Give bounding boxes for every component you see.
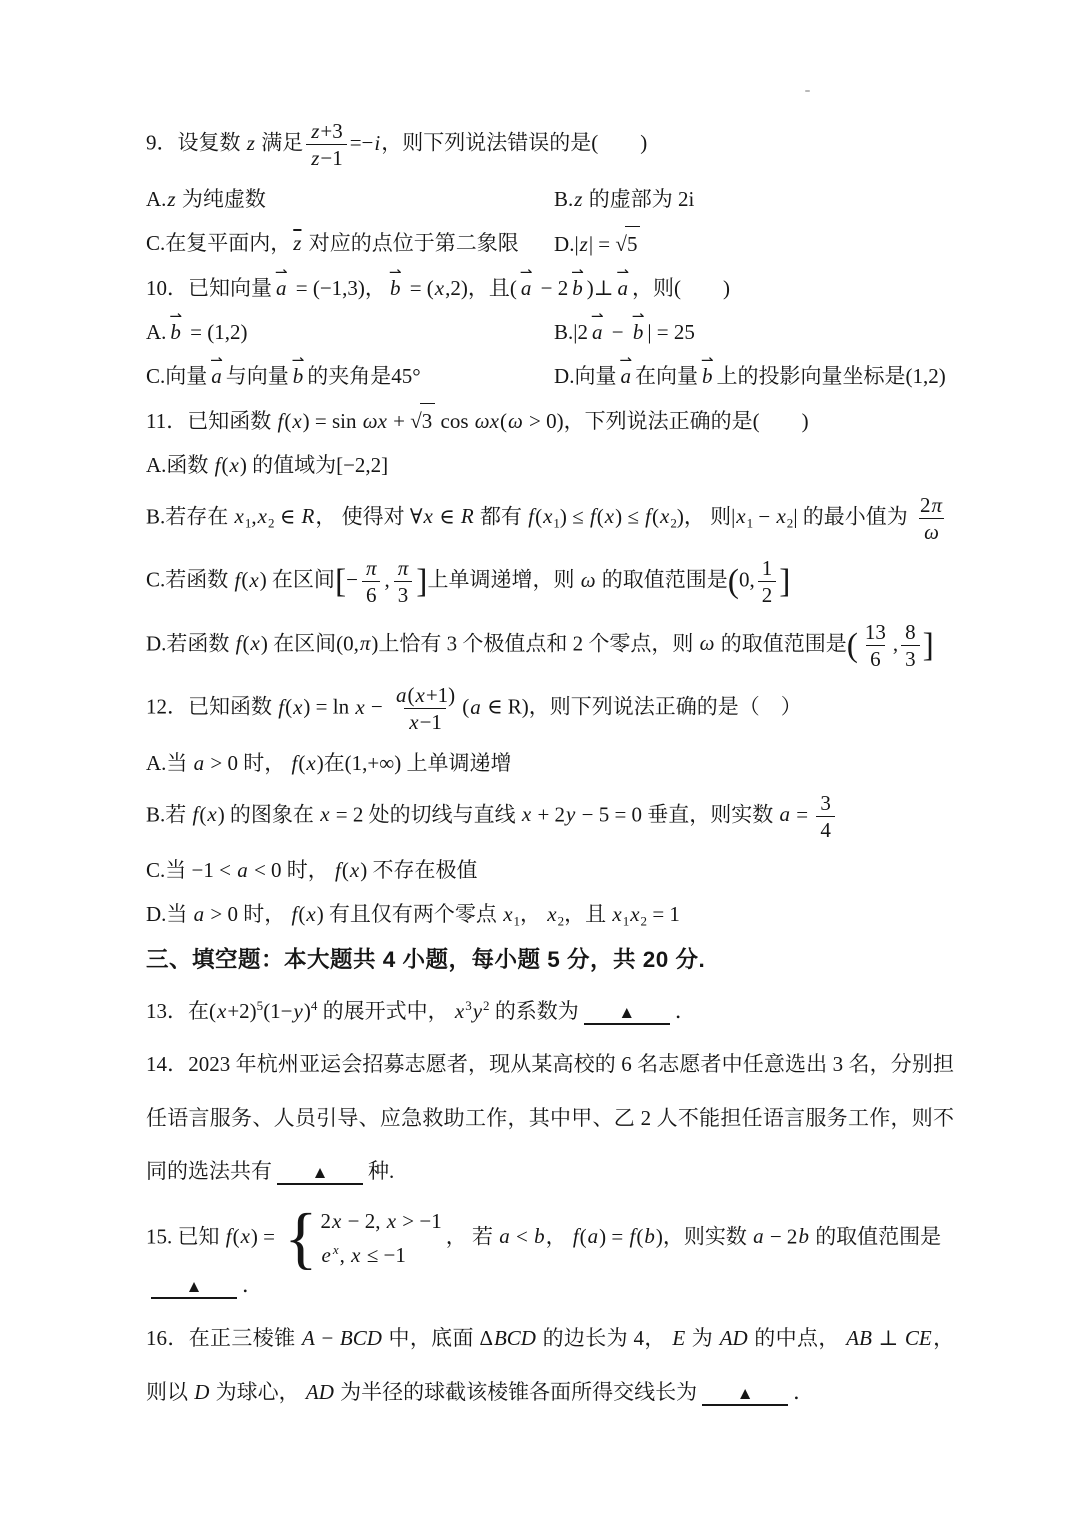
q11-option-c: C.若函数 f(x) 在区间[−π6,π3]上单调递增，则 ω 的取值范围是(0… (146, 555, 954, 609)
radicand: 3 (420, 403, 436, 438)
text-run: − (316, 1326, 339, 1350)
subscripted-term: x1 (735, 504, 753, 528)
text-run: 0, (739, 568, 755, 592)
vector: ⇀a (591, 315, 604, 349)
math-variable: x (234, 504, 245, 528)
text-run: , (385, 568, 390, 592)
math-variable: f (225, 1224, 233, 1248)
q9-options-cd-right: D.|z| = √5 (554, 226, 954, 261)
math-variable: π (359, 631, 372, 655)
math-variable: AB (845, 1326, 873, 1350)
math-variable: ωx (362, 409, 388, 433)
q14: 14．2023 年杭州亚运会招募志愿者，现从某高校的 6 名志愿者中任意选出 3… (146, 1038, 954, 1199)
math-variable: z (579, 232, 589, 256)
stretchy-delimiter: ( (847, 627, 858, 664)
text-run: 3 (422, 409, 433, 433)
stretchy-delimiter: ] (416, 563, 427, 600)
fraction-numerator: 13 (861, 619, 890, 645)
text-run: = 1 (647, 902, 680, 926)
text-run: > 0 时， (205, 751, 290, 775)
text-run: , (893, 631, 898, 655)
text-run: > 0 时， (205, 902, 290, 926)
superscript: 3 (465, 998, 472, 1013)
text-run: +1) (426, 683, 455, 707)
fraction-numerator: z+3 (306, 118, 347, 144)
vector: ⇀a (619, 359, 632, 393)
text-run: C.若函数 (146, 568, 234, 592)
text-run: D.当 (146, 902, 193, 926)
scan-artifact-dot (805, 90, 810, 92)
text-run: ( (243, 631, 250, 655)
text-run: 的夹角是45° (307, 364, 420, 388)
text-run: − 2, (342, 1209, 385, 1233)
vector-arrow-icon: ⇀ (520, 260, 533, 285)
text-run: ( (342, 858, 349, 882)
fraction: 136 (861, 619, 890, 673)
text-run: 的取值范围是 (810, 1224, 941, 1248)
q13: 13．在(x+2)5(1−y)4 的展开式中， x3y2 的系数为▲． (146, 994, 954, 1028)
subscripted-term: x1 (542, 504, 560, 528)
text-run: ) 有且仅有两个零点 (317, 902, 503, 926)
math-variable: R (301, 504, 316, 528)
math-variable: f (214, 453, 222, 477)
text-run: 的虚部为 2i (583, 187, 694, 211)
text-run: ,2)，且( (445, 276, 517, 300)
text-run: B.若 (146, 802, 192, 826)
text-run: 8 (905, 620, 916, 644)
text-run: 12．已知函数 (146, 695, 277, 719)
fraction-denominator: z−1 (306, 144, 347, 171)
q10-options-cd-left: C.向量⇀a与向量⇀b的夹角是45° (146, 359, 554, 393)
vector-arrow-icon: ⇀ (292, 348, 305, 373)
math-variable: a (193, 902, 206, 926)
answer-blank: ▲ (277, 1164, 363, 1185)
text-run: A. (146, 187, 166, 211)
text-run: 的中点， (749, 1326, 846, 1350)
exam-page: 9．设复数 z 满足z+3z−1=−i，则下列说法错误的是( )A.z 为纯虚数… (0, 0, 1080, 1528)
math-variable: ω (923, 520, 940, 544)
text-run: ) ≤ (615, 504, 644, 528)
q10-options-cd: C.向量⇀a与向量⇀b的夹角是45°D.向量⇀a在向量⇀b上的投影向量坐标是(1… (146, 359, 954, 393)
math-variable: π (931, 493, 944, 517)
vector-arrow-icon: ⇀ (389, 260, 402, 285)
math-variable: x (604, 504, 615, 528)
text-run: +2) (227, 999, 256, 1023)
text-run: 1 (762, 556, 773, 580)
text-run: = (−1,3)， (291, 276, 386, 300)
text-run: C.当 −1 < (146, 858, 236, 882)
text-run: ) 的图象在 (218, 802, 320, 826)
math-variable: π (365, 556, 378, 580)
stretchy-delimiter: ] (923, 627, 934, 664)
q9-options-cd-left: C.在复平面内，z 对应的点位于第二象限 (146, 226, 554, 261)
text-run: ) (304, 999, 311, 1023)
subscripted-term: x2 (775, 504, 793, 528)
math-variable: f (527, 504, 535, 528)
text-run: )在(1,+∞) 上单调递增 (317, 751, 512, 775)
piecewise-case: 2x − 2, x > −1 (321, 1209, 442, 1234)
text-run: ． (793, 1380, 814, 1404)
text-run: ( (408, 683, 415, 707)
text-run: B.|2 (554, 320, 588, 344)
text-run: + (388, 409, 410, 433)
q11-stem: 11．已知函数 f(x) = sin ωx + √3 cos ωx(ω > 0)… (146, 403, 954, 438)
text-run: > 0)，下列说法正确的是( ) (524, 409, 809, 433)
square-root: √5 (615, 226, 640, 261)
text-run: ，则( ) (632, 276, 730, 300)
text-run: ⊥ (873, 1326, 904, 1350)
text-run: 都有 (475, 504, 528, 528)
math-variable: x (659, 504, 670, 528)
exam-content-upper: 9．设复数 z 满足z+3z−1=−i，则下列说法错误的是( )A.z 为纯虚数… (146, 118, 954, 932)
text-run: 16．在正三棱锥 (146, 1326, 301, 1350)
math-variable: x (629, 902, 640, 926)
subscripted-term: x1 (502, 902, 520, 926)
math-variable: x (454, 999, 465, 1023)
q10-stem: 10．已知向量⇀a = (−1,3)，⇀b = (x,2)，且(⇀a − 2⇀b… (146, 271, 954, 305)
text-run: A. (146, 320, 166, 344)
vector: ⇀a (210, 359, 223, 393)
subscripted-term: x2 (629, 902, 647, 926)
superscripted-term: x3 (454, 999, 472, 1023)
math-variable: y (293, 999, 304, 1023)
math-variable: a (469, 695, 482, 719)
text-run: ． (675, 999, 696, 1023)
fraction-numerator: a(x+1) (391, 682, 459, 708)
fraction: 2πω (916, 492, 947, 546)
q15: 15. 已知 f(x) = {2x − 2, x > −1ex, x ≤ −1，… (146, 1209, 954, 1302)
text-run: 13．在 (146, 999, 209, 1023)
q9-stem: 9．设复数 z 满足z+3z−1=−i，则下列说法错误的是( ) (146, 118, 954, 172)
math-variable: x (257, 504, 268, 528)
math-variable: y (565, 802, 576, 826)
math-variable: x (216, 999, 227, 1023)
text-run: 15. 已知 (146, 1224, 225, 1248)
text-run: 的展开式中， (317, 999, 454, 1023)
text-run: 13 (865, 620, 886, 644)
vector-arrow-icon: ⇀ (571, 260, 584, 285)
text-run: 满足 (256, 131, 303, 155)
vector-arrow-icon: ⇀ (591, 304, 604, 329)
text-run: − (366, 695, 388, 719)
q12-option-b: B.若 f(x) 的图象在 x = 2 处的切线与直线 x + 2y − 5 =… (146, 790, 954, 844)
fraction: π6 (361, 555, 382, 609)
stretchy-delimiter: ] (779, 563, 790, 600)
text-run: 6 (366, 583, 377, 607)
math-variable: x (240, 1224, 251, 1248)
text-run: < 0 时， (249, 858, 334, 882)
fraction-denominator: 3 (394, 581, 413, 608)
text-run: ， (520, 902, 546, 926)
math-variable: x (250, 631, 261, 655)
math-variable: f (589, 504, 597, 528)
fraction-denominator: 6 (866, 645, 885, 672)
q12-stem: 12．已知函数 f(x) = ln x − a(x+1)x−1(a ∈ R)，则… (146, 682, 954, 736)
math-variable: x (332, 1242, 340, 1257)
text-run: 为纯虚数 (177, 187, 266, 211)
text-run: ∈ (434, 504, 460, 528)
subscripted-term: x2 (257, 504, 275, 528)
math-variable: f (334, 858, 342, 882)
math-variable: x (229, 453, 240, 477)
text-run: ) = (599, 1224, 628, 1248)
math-variable: a (498, 1224, 511, 1248)
text-run: ( (500, 409, 507, 433)
fraction-denominator: ω (919, 518, 944, 545)
text-run: 3 (465, 998, 472, 1013)
text-run: | = (589, 232, 616, 256)
fraction-numerator: 3 (816, 790, 835, 816)
text-run: (1− (263, 999, 292, 1023)
math-variable: x (542, 504, 553, 528)
text-run: = (791, 802, 813, 826)
math-variable: x (415, 683, 426, 707)
math-variable: x (386, 1209, 397, 1233)
subscripted-term: x1 (234, 504, 252, 528)
math-variable: y (472, 999, 483, 1023)
text-run: − 2 (765, 1224, 798, 1248)
fraction-numerator: 1 (758, 555, 777, 581)
text-run: =− (350, 131, 374, 155)
math-variable: z (573, 187, 583, 211)
math-variable: D (193, 1380, 210, 1404)
q10-options-ab-right: B.|2⇀a − ⇀b| = 25 (554, 315, 954, 349)
q9-options-cd: C.在复平面内，z 对应的点位于第二象限D.|z| = √5 (146, 226, 954, 261)
text-run: 中，底面 Δ (383, 1326, 493, 1350)
math-variable: ωx (474, 409, 500, 433)
text-run: ∈ (274, 504, 300, 528)
math-variable: a (395, 683, 408, 707)
text-run: 的取值范围是 (715, 631, 846, 655)
text-run: 9．设复数 (146, 131, 246, 155)
vector: ⇀b (701, 359, 714, 393)
fraction: a(x+1)x−1 (391, 682, 459, 736)
text-run: 5 (627, 232, 638, 256)
text-run: , (340, 1243, 351, 1267)
brace-icon: { (284, 1209, 317, 1268)
q9-options-ab-right: B.z 的虚部为 2i (554, 182, 954, 216)
math-variable: a (779, 802, 792, 826)
superscripted-term: y2 (472, 999, 490, 1023)
text-run: ( (222, 453, 229, 477)
math-variable: x (319, 802, 330, 826)
square-root: √3 (410, 403, 435, 438)
exam-content-lower: 13．在(x+2)5(1−y)4 的展开式中， x3y2 的系数为▲．14．20… (146, 994, 954, 1419)
fraction-denominator: 4 (816, 816, 835, 843)
text-run: 14．2023 年杭州亚运会招募志愿者，现从某高校的 6 名志愿者中任意选出 3… (146, 1052, 954, 1183)
text-run: )，则实数 (656, 1224, 752, 1248)
text-run: − 2 (535, 276, 568, 300)
text-run: ∈ R)，则下列说法正确的是（ ） (482, 695, 802, 719)
vector: ⇀a (616, 271, 629, 305)
math-variable: A (301, 1326, 316, 1350)
q9-options-ab-left: A.z 为纯虚数 (146, 182, 554, 216)
math-variable: x (354, 695, 365, 719)
text-run: ，且 (564, 902, 611, 926)
text-run: ) = (251, 1224, 280, 1248)
text-run: )上恰有 3 个极值点和 2 个零点，则 (371, 631, 698, 655)
math-variable: BCD (339, 1326, 383, 1350)
text-run: 的系数为 (490, 999, 579, 1023)
piecewise-rows: 2x − 2, x > −1ex, x ≤ −1 (321, 1209, 442, 1268)
fraction: 83 (901, 619, 920, 673)
vector: ⇀b (632, 315, 645, 349)
vector: ⇀b (169, 315, 182, 349)
radicand: 5 (625, 226, 641, 261)
fraction: π3 (393, 555, 414, 609)
text-run: 10．已知向量 (146, 276, 272, 300)
text-run: ) 不存在极值 (360, 858, 477, 882)
vector: ⇀a (275, 271, 288, 305)
text-run: 6 (870, 647, 881, 671)
math-variable: x (502, 902, 513, 926)
text-run: C.向量 (146, 364, 207, 388)
vector: ⇀b (571, 271, 584, 305)
q11-option-a: A.函数 f(x) 的值域为[−2,2] (146, 448, 954, 482)
text-run: 上的投影向量坐标是(1,2) (716, 364, 945, 388)
text-run: 为半径的球截该棱锥各面所得交线长为 (335, 1380, 697, 1404)
text-run: −1 (420, 710, 442, 734)
text-run: ． (242, 1273, 263, 1297)
math-variable: x (291, 409, 302, 433)
stretchy-delimiter: ( (728, 563, 739, 600)
text-run: D.向量 (554, 364, 616, 388)
math-variable: f (572, 1224, 580, 1248)
q10-options-cd-right: D.向量⇀a在向量⇀b上的投影向量坐标是(1,2) (554, 359, 954, 393)
text-run: ) 在区间(0, (261, 631, 359, 655)
text-run: 3 (905, 647, 916, 671)
fraction-denominator: 6 (362, 581, 381, 608)
math-variable: AD (719, 1326, 749, 1350)
q9-options-ab: A.z 为纯虚数B.z 的虚部为 2i (146, 182, 954, 216)
text-run: B.若存在 (146, 504, 234, 528)
text-run: 为球心， (210, 1380, 305, 1404)
math-variable: z (310, 119, 320, 143)
math-variable: ω (699, 631, 716, 655)
section-3-heading: 三、填空题：本大题共 4 小题，每小题 5 分，共 20 分. (146, 942, 954, 978)
q12-option-a: A.当 a > 0 时， f(x)在(1,+∞) 上单调递增 (146, 746, 954, 780)
text-run: ( (535, 504, 542, 528)
superscript: x (332, 1242, 340, 1257)
text-run: A.函数 (146, 453, 214, 477)
stretchy-delimiter: [ (335, 563, 346, 600)
math-variable: x (305, 751, 316, 775)
text-run: C.在复平面内， (146, 231, 291, 255)
vector: ⇀a (520, 271, 533, 305)
math-variable: z (246, 131, 256, 155)
text-run: < (511, 1224, 533, 1248)
superscripted-term: (1−y)4 (263, 999, 317, 1023)
superscripted-term: ex (321, 1243, 340, 1267)
math-variable: f (277, 695, 285, 719)
math-variable: x (206, 802, 217, 826)
math-variable: e (321, 1243, 332, 1267)
math-variable: R (460, 504, 475, 528)
math-variable: AD (305, 1380, 335, 1404)
text-run: ) 在区间 (260, 568, 335, 592)
text-run: ， 若 (446, 1224, 499, 1248)
text-run: 2 (920, 493, 931, 517)
text-run: ( (209, 999, 216, 1023)
text-run: 2 (321, 1209, 332, 1233)
subscripted-term: x2 (659, 504, 677, 528)
text-run: − (346, 568, 358, 592)
text-run: = (1,2) (185, 320, 248, 344)
math-variable: x (611, 902, 622, 926)
piecewise-case: ex, x ≤ −1 (321, 1242, 442, 1268)
text-run: , (251, 504, 256, 528)
q10-options-ab: A.⇀b = (1,2)B.|2⇀a − ⇀b| = 25 (146, 315, 954, 349)
math-variable: x (248, 568, 259, 592)
math-variable: x (350, 1243, 361, 1267)
fraction-numerator: π (393, 555, 414, 581)
fraction-denominator: 3 (901, 645, 920, 672)
text-run: D.| (554, 232, 579, 256)
text-run: 对应的点位于第二象限 (303, 231, 518, 255)
math-variable: ω (507, 409, 524, 433)
vector: ⇀b (389, 271, 402, 305)
superscripted-term: (x+2)5 (209, 999, 263, 1023)
text-run: 与向量 (226, 364, 289, 388)
text-run: D.若函数 (146, 631, 235, 655)
text-run: cos (435, 409, 474, 433)
math-variable: x (305, 902, 316, 926)
math-variable: BCD (493, 1326, 537, 1350)
math-variable: π (397, 556, 410, 580)
math-variable: x (408, 710, 419, 734)
text-run: 为 (686, 1326, 719, 1350)
text-run: − (607, 320, 629, 344)
math-variable: b (797, 1224, 810, 1248)
text-run: ，则下列说法错误的是( ) (381, 131, 647, 155)
text-run: ， (546, 1224, 572, 1248)
q11-option-d: D.若函数 f(x) 在区间(0,π)上恰有 3 个极值点和 2 个零点，则 ω… (146, 619, 954, 673)
math-variable: x (292, 695, 303, 719)
vector-arrow-icon: ⇀ (632, 304, 645, 329)
math-variable: f (235, 631, 243, 655)
vector-arrow-icon: ⇀ (210, 348, 223, 373)
text-run: 的边长为 4， (537, 1326, 671, 1350)
text-run: − 5 = 0 垂直，则实数 (576, 802, 778, 826)
fraction-denominator: 2 (758, 581, 777, 608)
text-run: 4 (820, 818, 831, 842)
math-variable: ω (580, 568, 597, 592)
text-run: ( (580, 1224, 587, 1248)
vector-arrow-icon: ⇀ (275, 260, 288, 285)
math-variable: x (521, 802, 532, 826)
text-run: ) = sin (303, 409, 362, 433)
math-variable: f (644, 504, 652, 528)
text-run: ) 的值域为[−2,2] (240, 453, 388, 477)
subscripted-term: x1 (611, 902, 629, 926)
text-run: | 的最小值为 (793, 504, 913, 528)
math-variable: b (533, 1224, 546, 1248)
q16: 16．在正三棱锥 A − BCD 中，底面 ΔBCD 的边长为 4， E 为 A… (146, 1312, 954, 1419)
vector-arrow-icon: ⇀ (169, 304, 182, 329)
text-run: ( (652, 504, 659, 528)
text-run: )⊥ (587, 276, 614, 300)
text-run: ≤ −1 (361, 1243, 405, 1267)
math-variable: x (546, 902, 557, 926)
math-variable: E (671, 1326, 686, 1350)
math-variable: x (423, 504, 434, 528)
text-run: | = 25 (647, 320, 695, 344)
text-run: )， 则| (677, 504, 735, 528)
fraction-numerator: 8 (901, 619, 920, 645)
fraction-numerator: 2π (916, 492, 947, 518)
q12-option-c: C.当 −1 < a < 0 时， f(x) 不存在极值 (146, 853, 954, 887)
fraction: 12 (758, 555, 777, 609)
